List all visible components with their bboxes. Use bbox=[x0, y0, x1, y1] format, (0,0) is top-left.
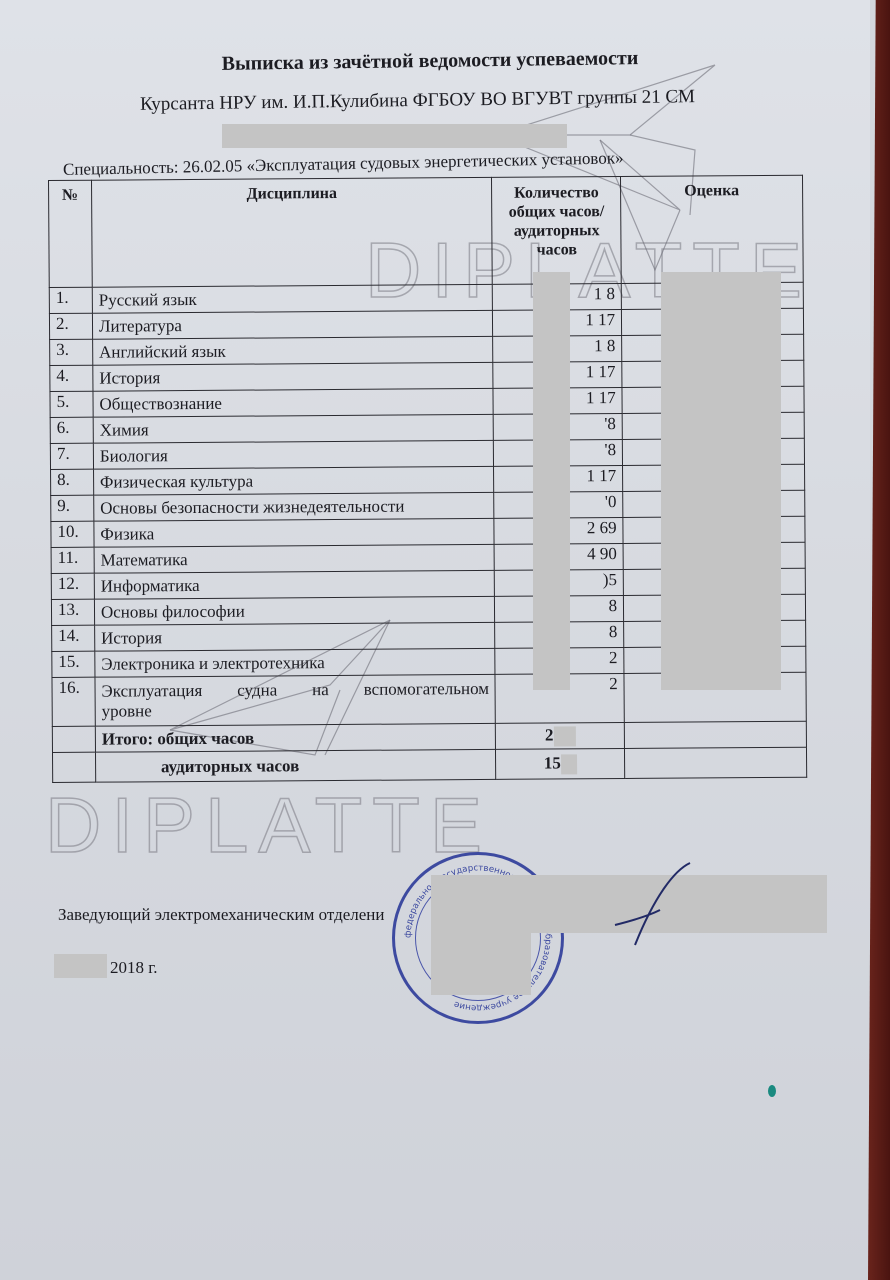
redacted-date-day bbox=[54, 954, 107, 978]
total-general-value: 2 bbox=[496, 722, 625, 749]
row-num: 7. bbox=[50, 443, 93, 469]
redacted-student-name bbox=[222, 124, 567, 148]
row-num: 16. bbox=[52, 677, 95, 726]
table-edge-background bbox=[868, 0, 890, 1280]
total-auditory-label: аудиторных часов bbox=[95, 749, 496, 782]
row-discipline: Английский язык bbox=[93, 336, 494, 365]
row-discipline: Литература bbox=[92, 310, 493, 339]
row-num: 10. bbox=[51, 521, 94, 547]
row-num: 9. bbox=[51, 495, 94, 521]
row-discipline: Информатика bbox=[94, 570, 495, 599]
row-num: 4. bbox=[50, 365, 93, 391]
row-discipline: Эксплуатация судна на вспомогательномуро… bbox=[95, 674, 496, 726]
row-discipline: Физическая культура bbox=[93, 466, 494, 495]
row-discipline: Электроника и электротехника bbox=[95, 648, 496, 677]
row-num: 12. bbox=[51, 573, 94, 599]
row-num: 11. bbox=[51, 547, 94, 573]
row-discipline: Обществознание bbox=[93, 388, 494, 417]
header-grade: Оценка bbox=[621, 175, 804, 283]
total-auditory-value: 15 bbox=[496, 748, 625, 779]
row-discipline: Математика bbox=[94, 544, 495, 573]
row-discipline: Химия bbox=[93, 414, 494, 443]
redacted-stamp-area bbox=[431, 930, 531, 995]
ink-spot bbox=[768, 1085, 776, 1097]
signatory-line: Заведующий электромеханическим отделени bbox=[58, 905, 385, 925]
row-num: 2. bbox=[49, 313, 92, 339]
header-hours: Количество общих часов/ аудиторных часов bbox=[492, 177, 621, 285]
row-num: 13. bbox=[51, 599, 94, 625]
row-discipline: История bbox=[93, 362, 494, 391]
row-num: 3. bbox=[50, 339, 93, 365]
total-auditory-row: аудиторных часов 15 bbox=[52, 747, 806, 782]
header-discipline: Дисциплина bbox=[91, 177, 492, 287]
header-num: № bbox=[49, 180, 93, 287]
signature-mark-icon bbox=[595, 855, 705, 965]
row-num: 6. bbox=[50, 417, 93, 443]
row-discipline: Физика bbox=[94, 518, 495, 547]
table-header-row: № Дисциплина Количество общих часов/ ауд… bbox=[49, 175, 804, 287]
row-discipline: Русский язык bbox=[92, 284, 493, 313]
row-num: 1. bbox=[49, 287, 92, 313]
row-num: 8. bbox=[51, 469, 94, 495]
row-num: 15. bbox=[52, 651, 95, 677]
redacted-grades-column bbox=[661, 272, 781, 690]
total-general-label: Итого: общих часов bbox=[95, 723, 496, 752]
row-discipline: Основы философии bbox=[94, 596, 495, 625]
row-discipline: Основы безопасности жизнедеятельности bbox=[94, 492, 495, 521]
row-num: 14. bbox=[52, 625, 95, 651]
document-date: 2018 г. bbox=[110, 958, 158, 978]
row-discipline: Биология bbox=[93, 440, 494, 469]
row-num: 5. bbox=[50, 391, 93, 417]
row-discipline: История bbox=[95, 622, 496, 651]
redacted-hours-column bbox=[533, 272, 570, 690]
